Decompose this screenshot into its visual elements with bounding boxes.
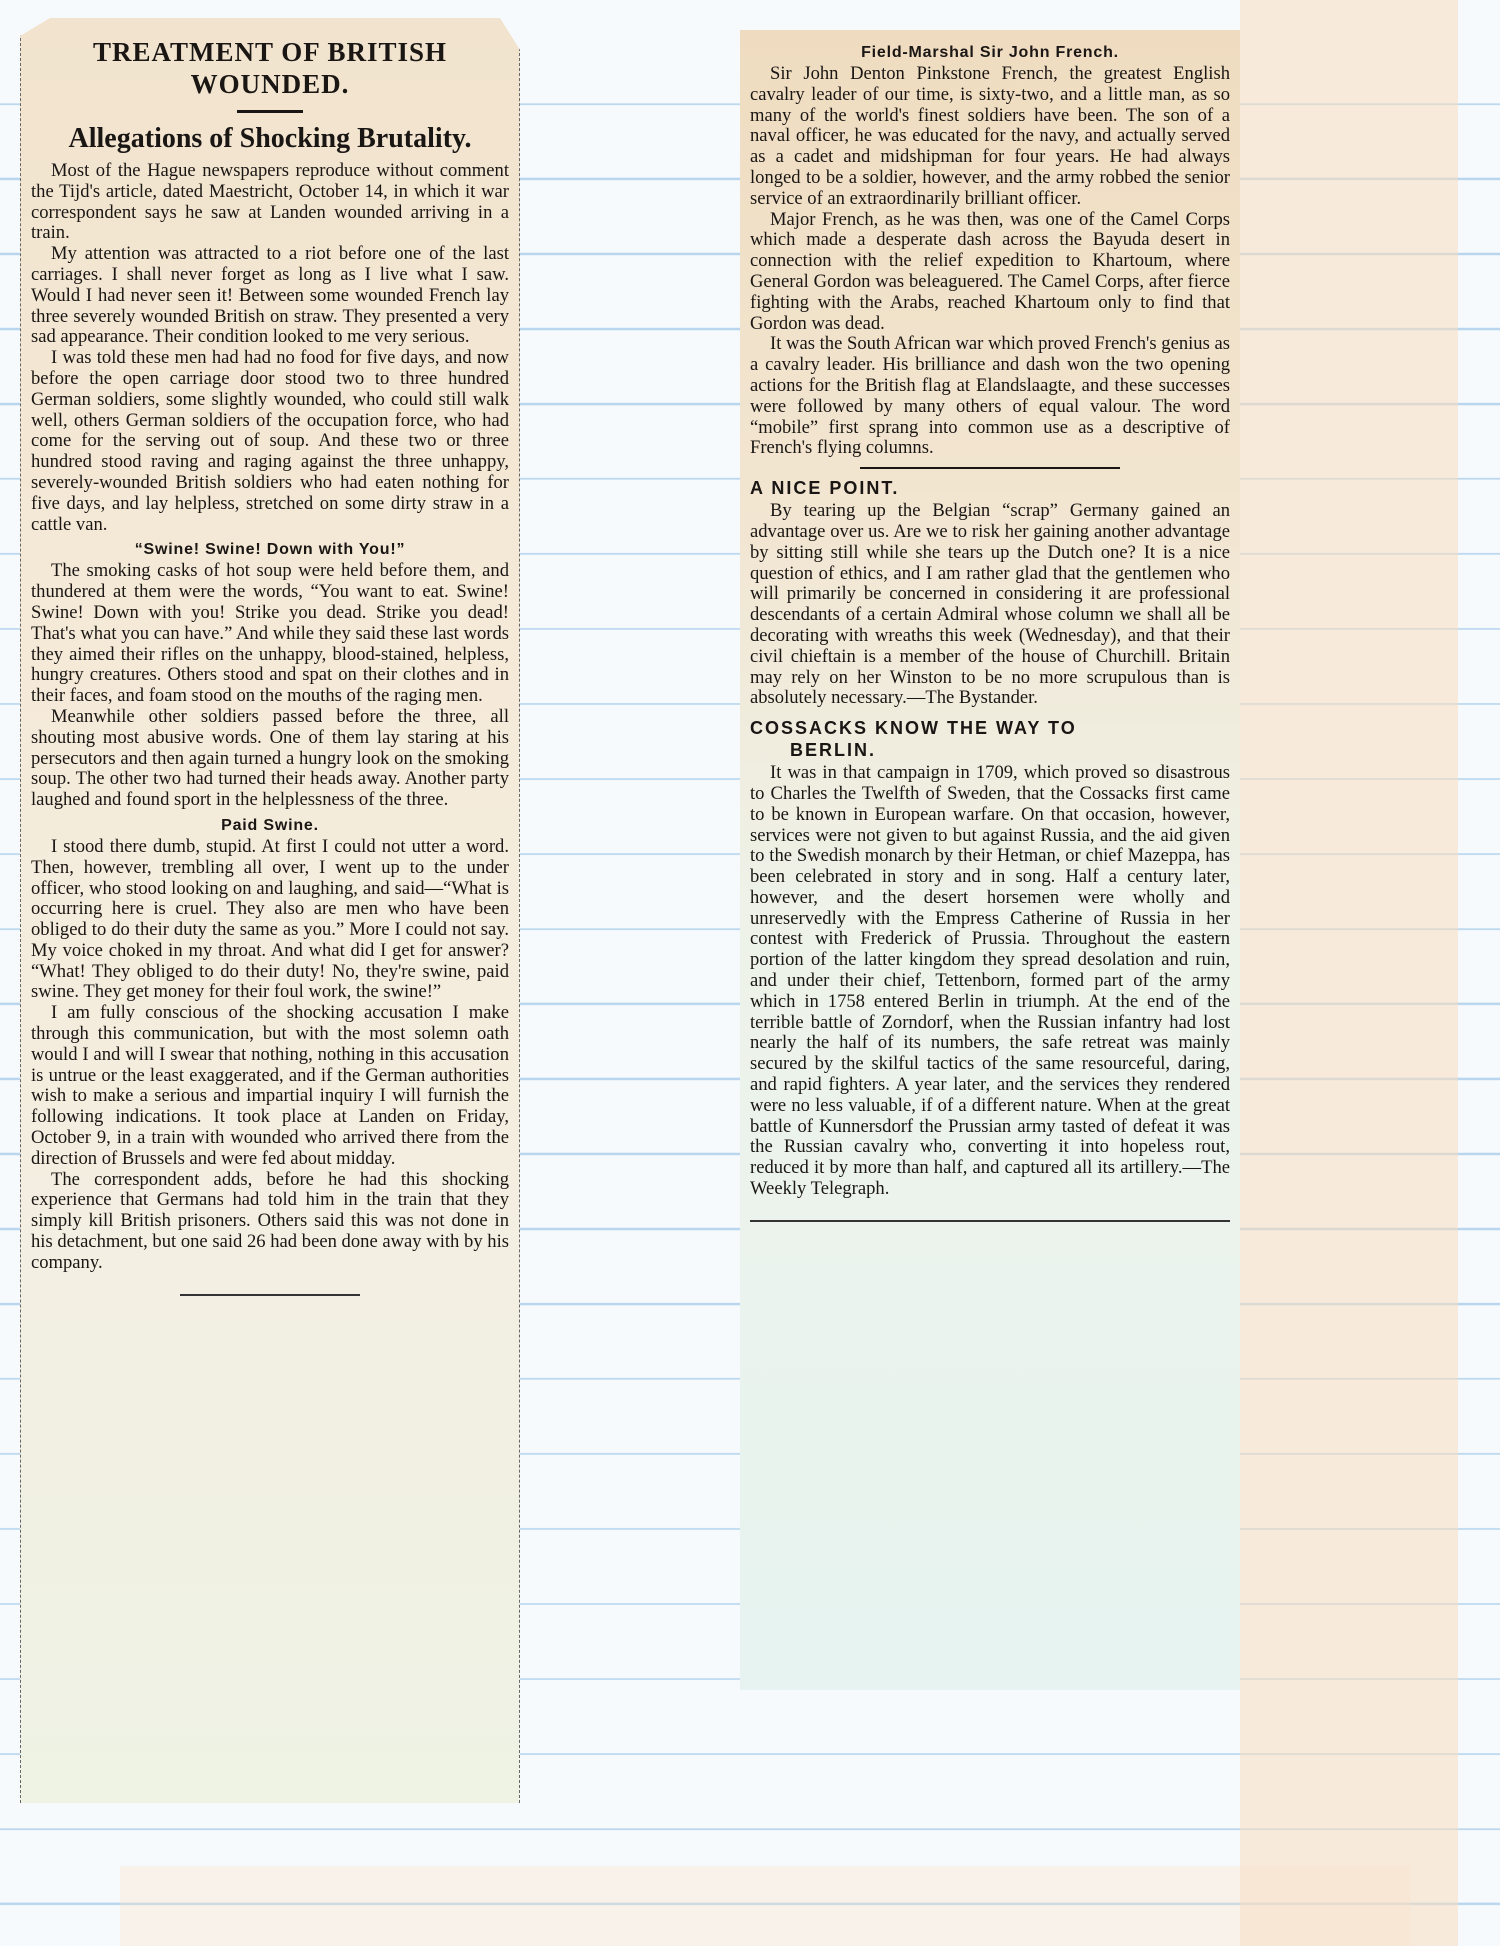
headline-treatment-of-british-wounded: TREATMENT OF BRITISH WOUNDED. — [31, 36, 509, 100]
paragraph: By tearing up the Belgian “scrap” German… — [750, 501, 1230, 709]
clipping-treatment-of-british-wounded: TREATMENT OF BRITISH WOUNDED. Allegation… — [20, 18, 520, 1803]
paragraph: My attention was attracted to a riot bef… — [31, 244, 509, 348]
headline-line-1: COSSACKS KNOW THE WAY TO — [750, 718, 1077, 738]
paragraph: Major French, as he was then, was one of… — [750, 210, 1230, 335]
paragraph: Sir John Denton Pinkstone French, the gr… — [750, 64, 1230, 210]
section-heading-paid-swine: Paid Swine. — [31, 817, 509, 835]
glue-residue-bottom — [120, 1866, 1410, 1946]
paragraph: The smoking casks of hot soup were held … — [31, 561, 509, 707]
paragraph: It was in that campaign in 1709, which p… — [750, 763, 1230, 1200]
section-heading-swine-down-with-you: “Swine! Swine! Down with You!” — [31, 541, 509, 559]
glue-residue-strip — [1240, 0, 1458, 1946]
end-rule — [750, 1220, 1230, 1222]
paragraph: It was the South African war which prove… — [750, 334, 1230, 459]
clipping-right-column: Field-Marshal Sir John French. Sir John … — [740, 30, 1240, 1690]
paragraph: Most of the Hague newspapers reproduce w… — [31, 161, 509, 244]
headline-field-marshal-french: Field-Marshal Sir John French. — [750, 44, 1230, 62]
subheadline-allegations: Allegations of Shocking Brutality. — [31, 123, 509, 155]
paragraph: I am fully conscious of the shocking acc… — [31, 1003, 509, 1169]
headline-a-nice-point: A NICE POINT. — [750, 477, 1230, 499]
headline-cossacks-know-the-way: COSSACKS KNOW THE WAY TO BERLIN. — [750, 717, 1230, 761]
paragraph: The correspondent adds, before he had th… — [31, 1170, 509, 1274]
paragraph: I was told these men had had no food for… — [31, 348, 509, 535]
paragraph: I stood there dumb, stupid. At first I c… — [31, 837, 509, 1003]
end-rule — [180, 1294, 360, 1296]
divider-rule — [237, 110, 303, 113]
paragraph: Meanwhile other soldiers passed before t… — [31, 707, 509, 811]
divider-rule — [860, 467, 1120, 469]
headline-line-2: BERLIN. — [750, 739, 1230, 761]
